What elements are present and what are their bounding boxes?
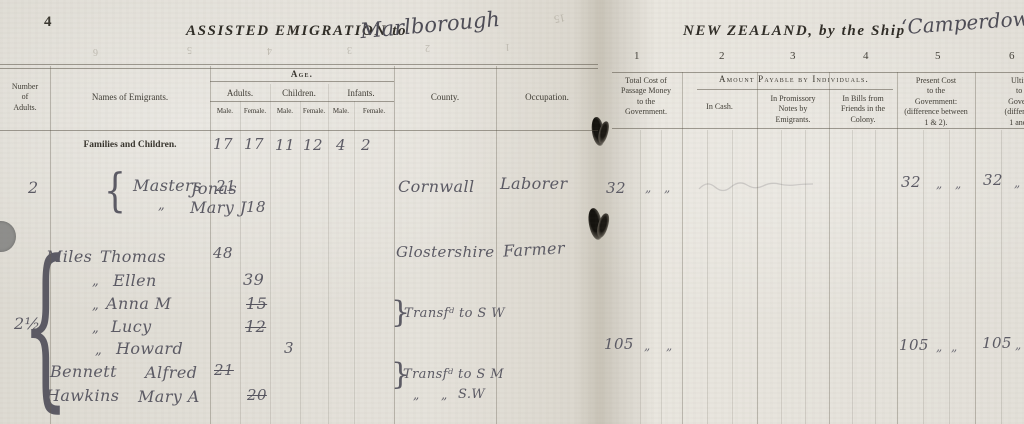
column-rule	[300, 101, 301, 424]
summary-adults-male: 17	[213, 135, 233, 153]
ghost-digit: 2	[425, 42, 430, 53]
age-adult-female-struck: 15	[246, 294, 267, 313]
column-rule	[240, 101, 241, 424]
county-value: Glostershire	[396, 243, 495, 261]
age-child-male: 3	[284, 339, 294, 357]
column-rule	[1001, 130, 1002, 424]
summary-children-female: 12	[303, 136, 323, 154]
age-adult-male: 48	[213, 244, 233, 262]
column-number-5: 5	[935, 50, 941, 62]
row-rule	[0, 68, 598, 69]
column-rule	[682, 72, 683, 424]
ultimate-cost-ditto: „	[1014, 176, 1021, 190]
column-rule	[707, 130, 708, 424]
header-line: (difference between	[897, 107, 975, 117]
header-ultimate-cost: Ultimate to the Governme (difference b 1…	[980, 76, 1024, 128]
column-number-3: 3	[790, 50, 796, 62]
header-line: to the	[608, 97, 684, 107]
summary-row-label: Families and Children.	[50, 140, 210, 150]
transfer-note: S.W	[458, 387, 485, 402]
header-occupation: Occupation.	[496, 92, 598, 102]
header-line: (difference b	[980, 107, 1024, 117]
column-rule	[875, 130, 876, 424]
column-rule	[975, 72, 976, 424]
total-cost-value: 32	[606, 179, 626, 197]
ultimate-cost-value: 105	[982, 334, 1012, 352]
column-rule	[328, 84, 329, 424]
age-adult-female: 39	[243, 270, 264, 289]
total-cost-shillings-ditto: „	[644, 339, 651, 353]
ghost-digit: 3	[347, 44, 352, 55]
header-county: County.	[394, 92, 496, 102]
occupation-value: Farmer	[503, 238, 566, 260]
column-rule	[852, 130, 853, 424]
header-names: Names of Emigrants.	[50, 92, 210, 102]
ditto-surname: „	[95, 343, 102, 358]
age-adult-female-struck: 20	[247, 386, 267, 404]
transfer-note: Transfᵈ to S M	[403, 367, 504, 382]
header-line: Governme	[980, 97, 1024, 107]
emigrant-surname: Bennett	[50, 362, 117, 381]
column-rule	[805, 130, 806, 424]
header-male-infants: Male.	[328, 107, 354, 115]
ultimate-cost-ditto: „	[1015, 338, 1022, 352]
emigrant-forename: Thomas	[100, 247, 166, 266]
row-rule	[697, 89, 893, 90]
ghost-mark: 15	[553, 11, 566, 25]
header-male-children: Male.	[270, 107, 300, 115]
present-cost-shillings-ditto: „	[936, 177, 943, 191]
header-line: In Bills from	[829, 94, 897, 104]
emigrant-forename: Mary J	[190, 198, 247, 217]
total-cost-pence-ditto: „	[664, 181, 671, 195]
total-cost-value: 105	[604, 335, 634, 353]
transfer-ditto: „	[413, 388, 420, 402]
emigration-register-page: 4 ASSISTED EMIGRATION to Marlborough NEW…	[0, 0, 1024, 424]
right-title-handwritten: ‘Camperdown’	[900, 5, 1024, 39]
ultimate-cost-value: 32	[983, 171, 1003, 189]
column-rule	[732, 130, 733, 424]
present-cost-shillings-ditto: „	[936, 340, 943, 354]
present-cost-pence-ditto: „	[955, 177, 962, 191]
total-cost-pence-ditto: „	[666, 339, 673, 353]
header-line: Colony.	[829, 115, 897, 125]
header-line: Present Cost	[897, 76, 975, 86]
age-adult-female-struck: 12	[245, 317, 266, 336]
header-in-cash: In Cash.	[682, 102, 757, 112]
ghost-digit: 4	[267, 45, 272, 56]
header-female-children: Female.	[300, 107, 328, 115]
header-line: of	[0, 92, 50, 102]
header-line: Total Cost of	[608, 76, 684, 86]
column-rule	[210, 66, 211, 424]
header-line: to the	[980, 86, 1024, 96]
ditto-surname: „	[158, 198, 165, 213]
summary-children-male: 11	[275, 136, 295, 154]
header-line: to the	[897, 86, 975, 96]
county-value: Cornwall	[398, 177, 475, 196]
header-bills: In Bills from Friends in the Colony.	[829, 94, 897, 125]
page-number: 4	[44, 14, 52, 31]
column-number-4: 4	[863, 50, 869, 62]
header-line: Emigrants.	[757, 115, 829, 125]
column-rule	[923, 130, 924, 424]
row-rule	[0, 64, 598, 65]
column-rule	[829, 72, 830, 424]
right-page-title: NEW ZEALAND, by the Ship	[683, 23, 906, 40]
header-promissory: In Promissory Notes by Emigrants.	[757, 94, 829, 125]
ghost-digit: 1	[505, 41, 510, 52]
header-line: In Promissory	[757, 94, 829, 104]
column-rule	[661, 130, 662, 424]
column-rule	[897, 72, 898, 424]
present-cost-value: 105	[899, 336, 929, 354]
column-rule	[50, 66, 51, 424]
header-female-infants: Female.	[354, 107, 394, 115]
header-children: Children.	[270, 88, 328, 100]
header-line: Adults.	[0, 103, 50, 113]
emigrant-forename: Anna M	[106, 294, 172, 313]
present-cost-pence-ditto: „	[951, 340, 958, 354]
column-rule	[496, 66, 497, 424]
emigrant-forename: Howard	[116, 339, 183, 358]
emigrant-forename: Alfred	[145, 363, 197, 382]
header-total-cost: Total Cost of Passage Money to the Gover…	[608, 76, 684, 118]
column-rule	[640, 130, 641, 424]
emigrant-forename: Ellen	[113, 271, 157, 290]
ditto-surname: „	[92, 321, 99, 336]
transfer-note: Transfᵈ to S W	[404, 306, 505, 321]
ditto-surname: „	[92, 298, 99, 313]
column-rule	[354, 101, 355, 424]
age-adult-male: 21	[216, 177, 236, 195]
row-number-adults: 2½	[14, 314, 41, 333]
ghost-digit: 6	[93, 46, 98, 57]
header-line: Number	[0, 82, 50, 92]
row-rule	[210, 101, 394, 102]
summary-adults-female: 17	[244, 135, 264, 153]
column-rule	[781, 130, 782, 424]
emigrant-surname: Miles	[46, 247, 92, 266]
row-rule	[612, 72, 1024, 73]
present-cost-value: 32	[901, 173, 921, 191]
total-cost-shillings-ditto: „	[645, 181, 652, 195]
header-line: Government:	[897, 97, 975, 107]
summary-infants-male: 4	[336, 136, 346, 154]
header-adults: Adults.	[210, 88, 270, 100]
occupation-value: Laborer	[500, 174, 568, 193]
emigrant-surname: Hawkins	[46, 386, 119, 405]
family-brace-masters: {	[104, 167, 126, 213]
header-line: Ultimate	[980, 76, 1024, 86]
header-line: Friends in the	[829, 104, 897, 114]
emigrant-forename: Mary A	[138, 387, 200, 406]
summary-infants-female: 2	[361, 136, 371, 154]
header-infants: Infants.	[328, 88, 394, 100]
header-line: 1 & 2).	[897, 118, 975, 128]
age-adult-female: 18	[246, 198, 266, 216]
column-number-1: 1	[634, 50, 640, 62]
header-line: Government.	[608, 107, 684, 117]
header-male-adults: Male.	[210, 107, 240, 115]
age-adult-male-struck: 21	[214, 361, 234, 379]
row-rule	[210, 81, 394, 82]
left-title-handwritten: Marlborough	[359, 7, 501, 43]
column-rule	[270, 84, 271, 424]
column-number-2: 2	[719, 50, 725, 62]
header-line: Passage Money	[608, 86, 684, 96]
header-female-adults: Female.	[240, 107, 270, 115]
column-rule	[757, 72, 758, 424]
ghost-digit: 5	[187, 44, 192, 55]
header-amount-payable: Amount Payable by Individuals.	[690, 74, 898, 84]
ditto-surname: „	[92, 274, 99, 289]
header-age-group: Age.	[210, 69, 394, 79]
row-number-adults: 2	[28, 178, 39, 197]
header-present-cost: Present Cost to the Government: (differe…	[897, 76, 975, 128]
row-rule	[612, 128, 1024, 129]
header-line: Notes by	[757, 104, 829, 114]
emigrant-forename: Lucy	[111, 317, 152, 336]
hole-punch	[0, 221, 16, 252]
column-rule	[949, 130, 950, 424]
transfer-ditto: „	[441, 388, 448, 402]
header-number-of-adults: Number of Adults.	[0, 82, 50, 113]
row-rule	[0, 130, 598, 131]
header-line: 1 and 2, 3	[980, 118, 1024, 128]
column-number-6: 6	[1009, 50, 1015, 62]
column-rule	[394, 66, 395, 424]
